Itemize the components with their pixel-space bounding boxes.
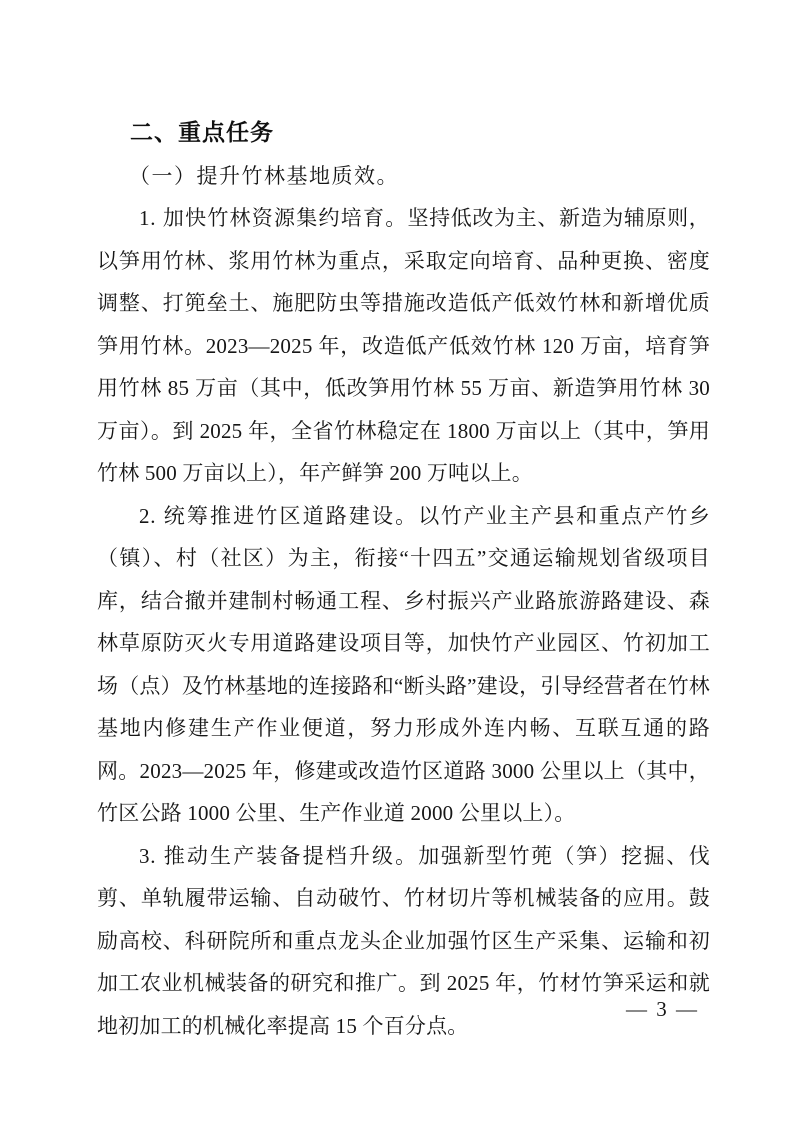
document-page: 二、重点任务 （一）提升竹林基地质效。 1. 加快竹林资源集约培育。坚持低改为主…: [0, 0, 794, 1123]
paragraph-1: 1. 加快竹林资源集约培育。坚持低改为主、新造为辅原则，以笋用竹林、浆用竹林为重…: [97, 197, 710, 495]
paragraph-2-lead: 2. 统筹推进竹区道路建设。: [139, 504, 418, 528]
document-content: 二、重点任务 （一）提升竹林基地质效。 1. 加快竹林资源集约培育。坚持低改为主…: [97, 112, 710, 1047]
paragraph-2-body: 以竹产业主产县和重点产竹乡（镇）、村（社区）为主，衔接“十四五”交通运输规划省级…: [97, 504, 710, 826]
paragraph-1-body: 坚持低改为主、新造为辅原则，以笋用竹林、浆用竹林为重点，采取定向培育、品种更换、…: [97, 206, 710, 485]
paragraph-3-body: 加强新型竹蔸（笋）挖掘、伐剪、单轨履带运输、自动破竹、竹材切片等机械装备的应用。…: [97, 844, 710, 1038]
page-number: — 3 —: [626, 997, 699, 1022]
section-heading: 二、重点任务: [97, 112, 710, 155]
paragraph-2: 2. 统筹推进竹区道路建设。以竹产业主产县和重点产竹乡（镇）、村（社区）为主，衔…: [97, 495, 710, 835]
paragraph-3-lead: 3. 推动生产装备提档升级。: [139, 844, 418, 868]
paragraph-1-lead: 1. 加快竹林资源集约培育。: [139, 206, 407, 230]
paragraph-3: 3. 推动生产装备提档升级。加强新型竹蔸（笋）挖掘、伐剪、单轨履带运输、自动破竹…: [97, 835, 710, 1048]
subsection-heading: （一）提升竹林基地质效。: [97, 155, 710, 198]
